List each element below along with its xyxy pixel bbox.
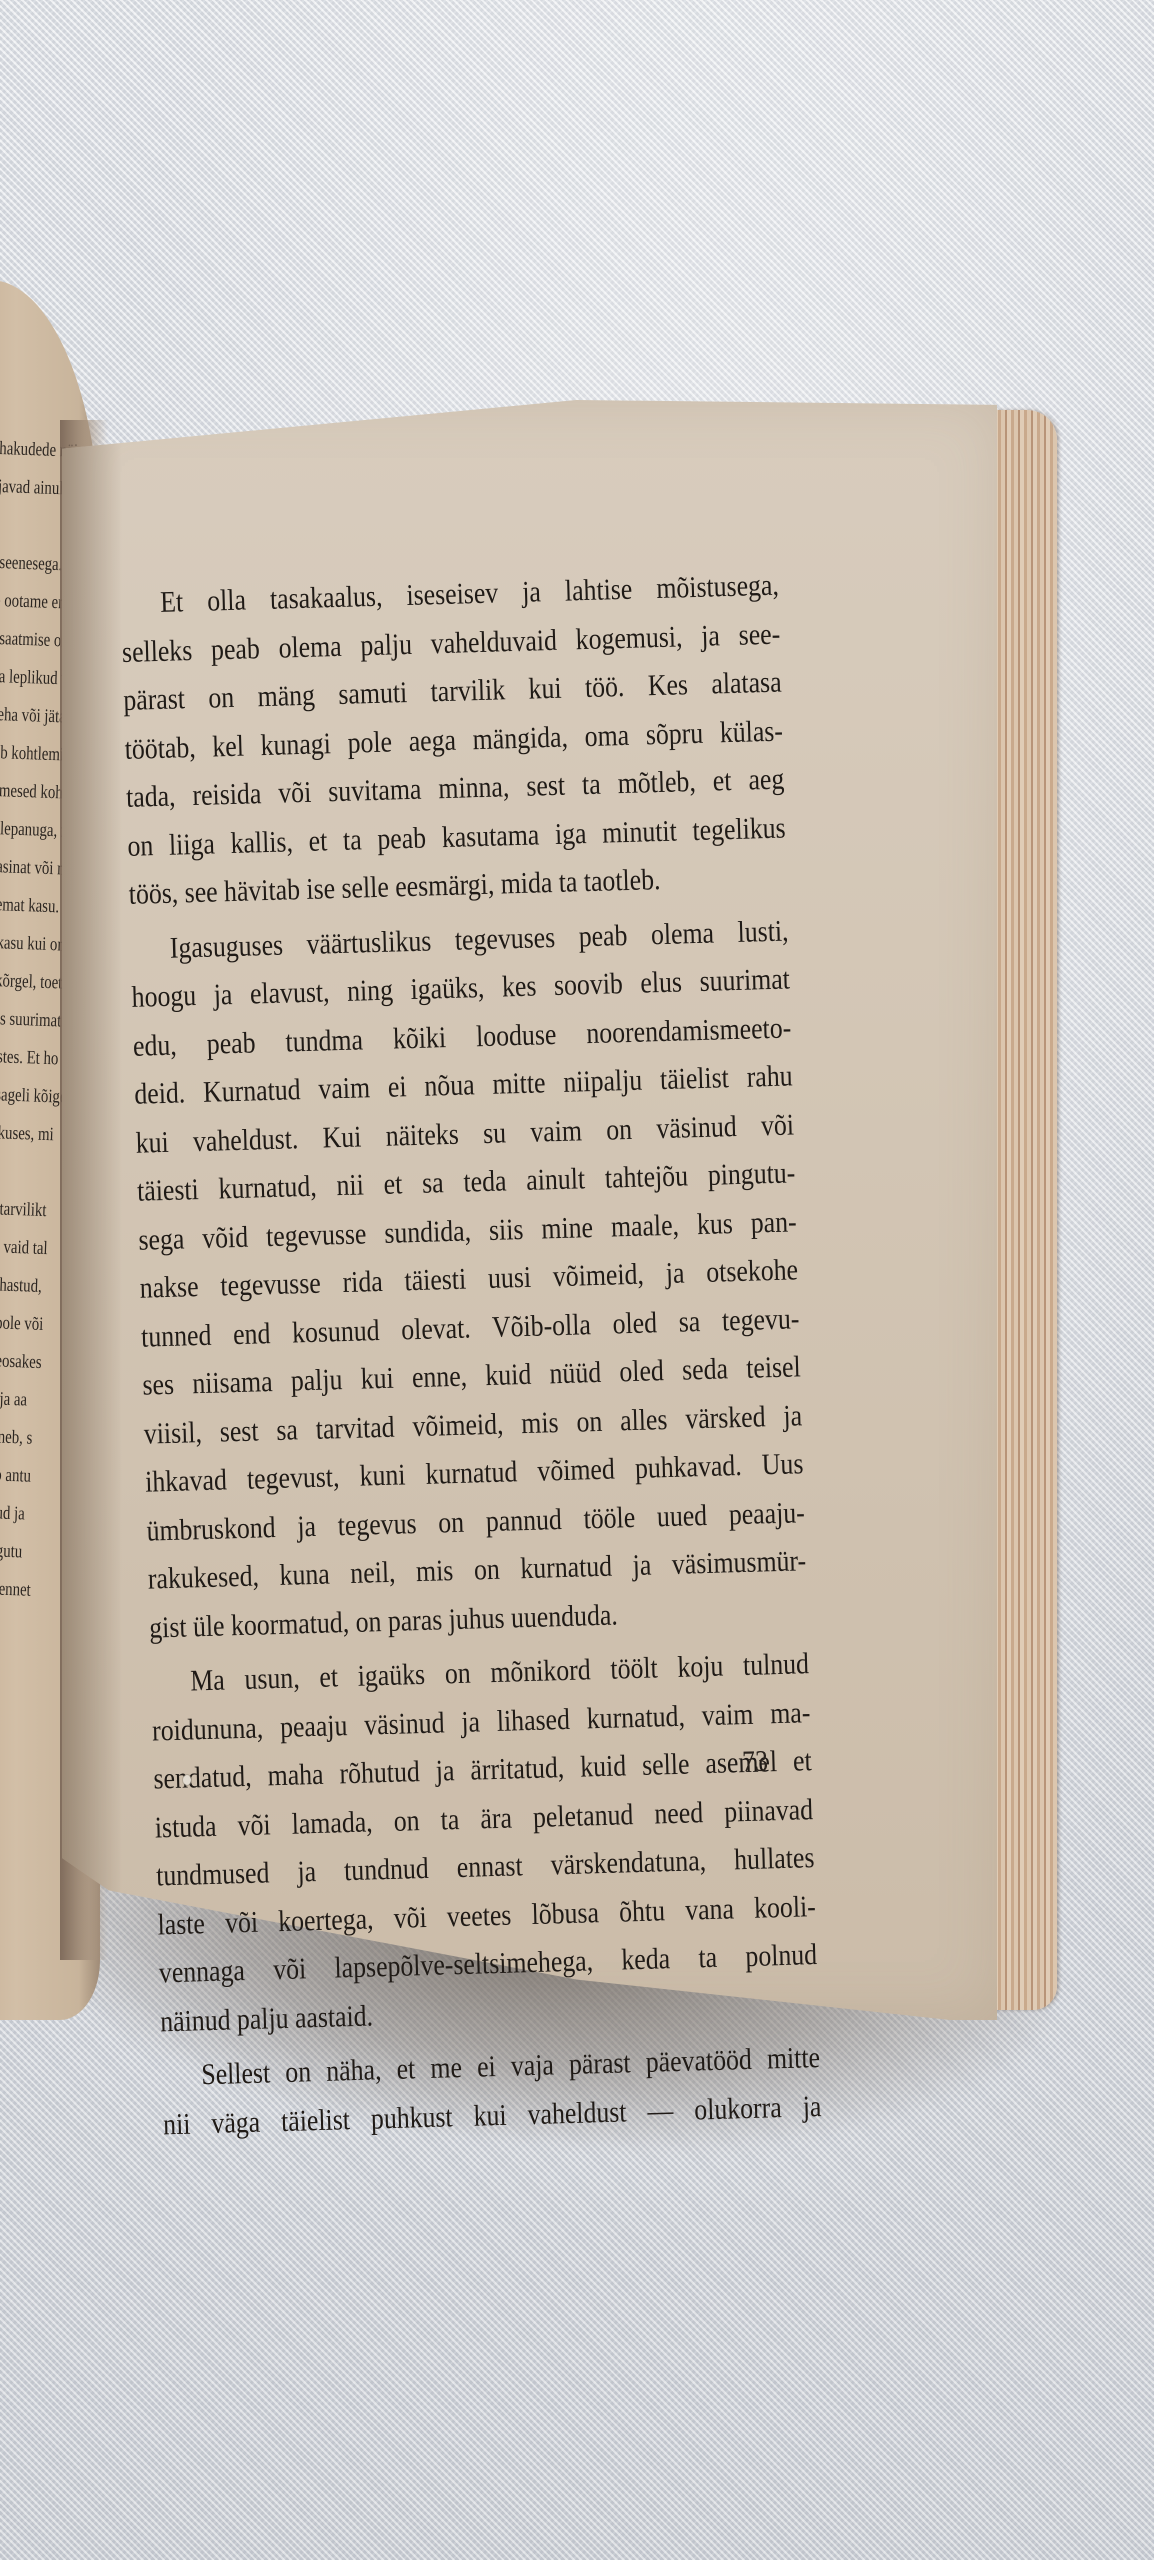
left-text-fragment: uremat kasu.: [0, 886, 62, 927]
paragraph: Ma usun, et igaüks on mõnikord töölt koj…: [150, 1640, 821, 2046]
left-text-fragment: helepanuga, mil: [0, 810, 65, 851]
left-text-fragment: ulide ja aa: [0, 1379, 45, 1420]
left-text-fragment: la kõrgel, toet: [0, 962, 59, 1003]
left-text-fragment: ja puhastud,: [0, 1265, 49, 1306]
left-text-fragment: teraseosakes: [0, 1341, 46, 1382]
left-text-fragment: i tal pole või: [0, 1303, 47, 1344]
left-text-fragment: ama, vaid tal: [0, 1228, 50, 1269]
left-text-fragment: masinat või m: [0, 848, 63, 889]
left-text-fragment: on sageli kõige: [0, 1076, 55, 1117]
paragraph: Igasuguses väärtuslikus tegevuses peab o…: [130, 907, 810, 1653]
left-text-fragment: ades suurimat h: [0, 1000, 58, 1041]
left-text-fragment: lõdveneb, s: [0, 1417, 43, 1458]
left-text-fragment: se pingutu: [0, 1531, 39, 1572]
left-text-fragment: egi raud ja: [0, 1493, 41, 1534]
right-page-text: Et olla tasakaalus, iseseisev ja lahtise…: [120, 562, 824, 2156]
left-text-fragment: nimesed kohtlev: [0, 772, 66, 813]
paragraph: Et olla tasakaalus, iseseisev ja lahtise…: [120, 562, 789, 920]
left-text-fragment: e peab antu: [0, 1455, 42, 1496]
left-text-fragment: nalust ennet: [0, 1569, 38, 1610]
left-text-fragment: nult tarvilikt: [0, 1190, 51, 1231]
paragraph: Sellest on näha, et me ei vaja pärast pä…: [161, 2034, 823, 2149]
left-text-fragment: mb kohtlemisvi: [0, 734, 67, 775]
page-number: 73: [742, 1745, 769, 1780]
left-text-fragment: t.: [0, 1607, 37, 1648]
paper-speck: [183, 1775, 191, 1785]
left-text-fragment: mustes. Et ho: [0, 1038, 57, 1079]
left-text-fragment: keha või jätame: [0, 696, 69, 737]
left-text-fragment: at kasu kui om: [0, 924, 61, 965]
left-text-fragment: [0, 1152, 53, 1193]
left-text-fragment: puhkuses, mi: [0, 1114, 54, 1155]
